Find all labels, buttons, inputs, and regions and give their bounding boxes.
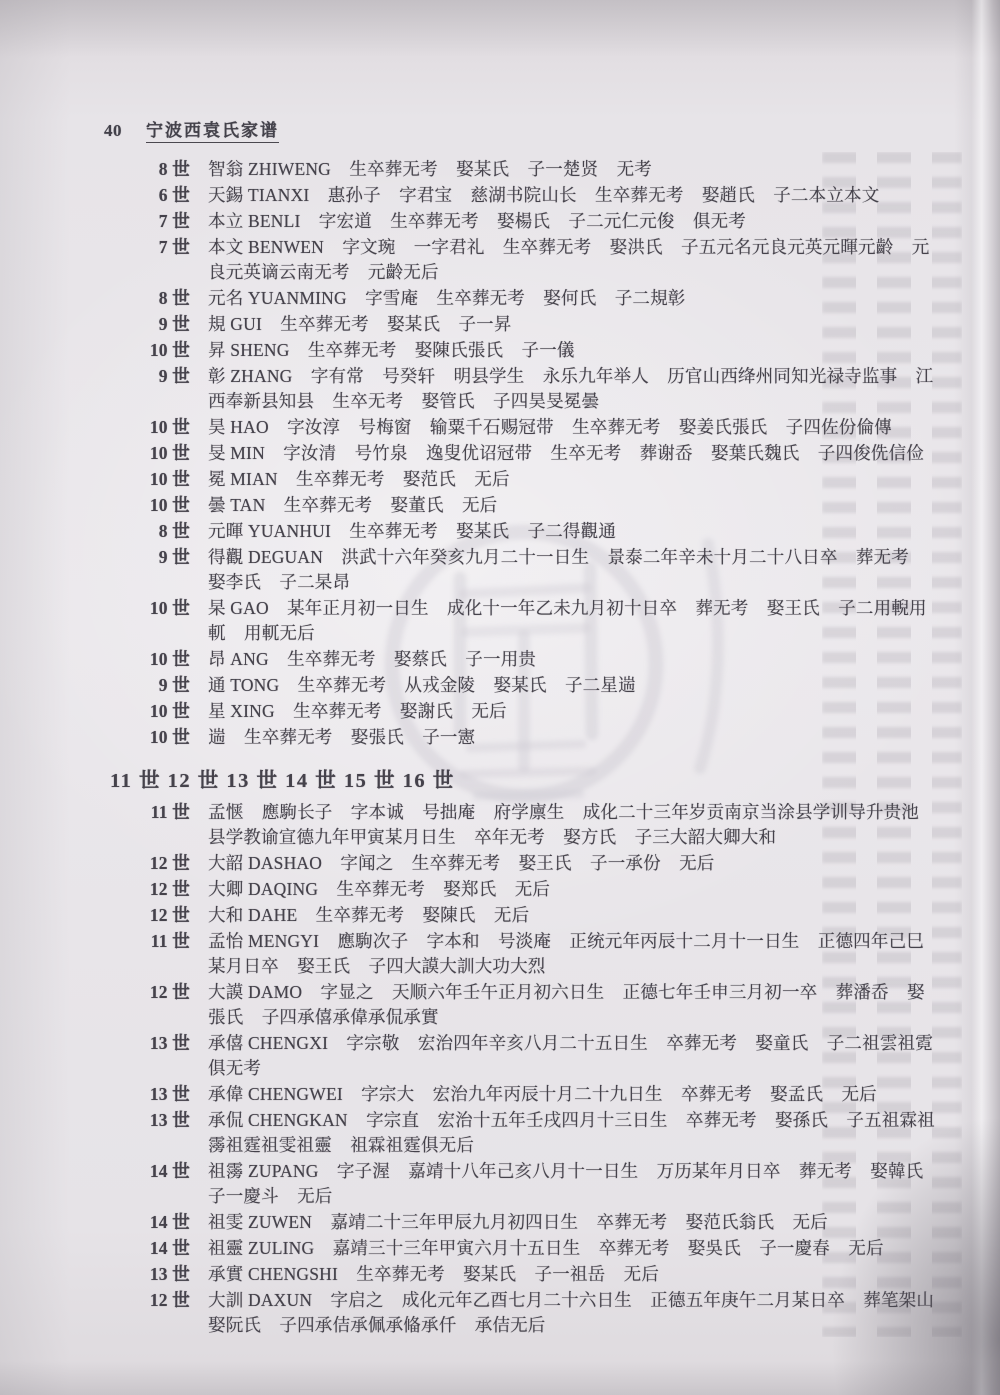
entry-text-line: 天錫 TIANXI 惠孙子 字君宝 慈湖书院山长 生卒葬无考 娶趙氏 子二本立本…	[208, 183, 963, 208]
generation-label: 8 世	[128, 286, 208, 311]
generation-label: 6 世	[128, 183, 208, 208]
generation-label: 11 世	[128, 800, 208, 850]
genealogy-entry: 11 世孟惬 應駒长子 字本诚 号拙庵 府学廪生 成化二十三年岁贡南京当涂县学训…	[128, 800, 963, 850]
entry-text-line: 彰 ZHANG 字有常 号癸轩 明县学生 永乐九年举人 历官山西绛州同知光禄寺监…	[208, 364, 963, 389]
generation-label: 10 世	[128, 725, 208, 750]
generation-label: 10 世	[128, 647, 208, 672]
entry-text-line: 旻 MIN 字汝清 号竹泉 逸叟优诏冠带 生卒无考 葬谢岙 娶葉氏魏氏 子四俊侁…	[208, 441, 963, 466]
entry-text: 星 XING 生卒葬无考 娶謝氏 无后	[208, 699, 963, 724]
entry-text: 祖霶 ZUPANG 字子渥 嘉靖十八年己亥八月十一日生 万历某年月日卒 葬无考 …	[208, 1159, 963, 1209]
generation-label: 10 世	[128, 699, 208, 724]
generation-label: 12 世	[128, 980, 208, 1030]
entry-text: 祖靈 ZULING 嘉靖三十三年甲寅六月十五日生 卒葬无考 娶吳氏 子一慶春 无…	[208, 1236, 963, 1261]
genealogy-entry: 10 世星 XING 生卒葬无考 娶謝氏 无后	[128, 699, 963, 724]
genealogy-entry: 7 世本立 BENLI 字宏道 生卒葬无考 娶楊氏 子二元仁元俊 俱无考	[128, 209, 963, 234]
genealogy-entry: 10 世遄 生卒葬无考 娶張氏 子一憲	[128, 725, 963, 750]
generation-label: 9 世	[128, 312, 208, 337]
entry-text-line: 大訓 DAXUN 字启之 成化元年乙酉七月二十六日生 正德五年庚午二月某日卒 葬…	[208, 1288, 963, 1313]
entry-text-line: 承實 CHENGSHI 生卒葬无考 娶某氏 子一祖岳 无后	[208, 1262, 963, 1287]
entry-text-line: 西奉新县知县 生卒无考 娶管氏 子四昊旻冕曇	[208, 389, 963, 414]
entry-text: 遄 生卒葬无考 娶張氏 子一憲	[208, 725, 963, 750]
entry-text-line: 大和 DAHE 生卒葬无考 娶陳氏 无后	[208, 903, 963, 928]
entry-text-line: 智翁 ZHIWENG 生卒葬无考 娶某氏 子一楚贤 无考	[208, 157, 963, 182]
genealogy-entry: 12 世大韶 DASHAO 字闻之 生卒葬无考 娶王氏 子一承份 无后	[128, 851, 963, 876]
genealogy-entry: 12 世大謨 DAMO 字显之 天顺六年壬午正月初六日生 正德七年壬申三月初一卒…	[128, 980, 963, 1030]
entry-text: 智翁 ZHIWENG 生卒葬无考 娶某氏 子一楚贤 无考	[208, 157, 963, 182]
entry-text-line: 元名 YUANMING 字雪庵 生卒葬无考 娶何氏 子二規彰	[208, 286, 963, 311]
entry-text-line: 大韶 DASHAO 字闻之 生卒葬无考 娶王氏 子一承份 无后	[208, 851, 963, 876]
generation-label: 10 世	[128, 415, 208, 440]
entry-text: 通 TONG 生卒葬无考 从戎金陵 娶某氏 子二星遄	[208, 673, 963, 698]
entry-text: 昂 ANG 生卒葬无考 娶蔡氏 子一用贵	[208, 647, 963, 672]
generation-label: 8 世	[128, 519, 208, 544]
entry-text-line: 軏 用軏无后	[208, 621, 963, 646]
entry-text-line: 杲 GAO 某年正月初一日生 成化十一年乙未九月初十日卒 葬无考 娶王氏 子二用…	[208, 596, 963, 621]
generation-label: 12 世	[128, 903, 208, 928]
page-number: 40	[104, 121, 122, 140]
entry-text: 元名 YUANMING 字雪庵 生卒葬无考 娶何氏 子二規彰	[208, 286, 963, 311]
entry-text: 大卿 DAQING 生卒葬无考 娶郑氏 无后	[208, 877, 963, 902]
genealogy-entry: 13 世承實 CHENGSHI 生卒葬无考 娶某氏 子一祖岳 无后	[128, 1262, 963, 1287]
entry-text-line: 县学教谕宣德九年甲寅某月日生 卒年无考 娶方氏 子三大韶大卿大和	[208, 825, 963, 850]
generation-label: 7 世	[128, 209, 208, 234]
entry-text-line: 元暉 YUANHUI 生卒葬无考 娶某氏 子二得觀通	[208, 519, 963, 544]
genealogy-entry: 11 世孟怡 MENGYI 應駒次子 字本和 号淡庵 正统元年丙辰十二月十一日生…	[128, 929, 963, 979]
genealogy-entry: 6 世天錫 TIANXI 惠孙子 字君宝 慈湖书院山长 生卒葬无考 娶趙氏 子二…	[128, 183, 963, 208]
generation-label: 11 世	[128, 929, 208, 979]
generation-label: 14 世	[128, 1236, 208, 1261]
entry-text-line: 張氏 子四承僖承偉承侃承實	[208, 1005, 963, 1030]
entry-text: 承僖 CHENGXI 字宗敬 宏治四年辛亥八月二十五日生 卒葬无考 娶童氏 子二…	[208, 1031, 963, 1081]
generation-label: 10 世	[128, 493, 208, 518]
entry-text-line: 規 GUI 生卒葬无考 娶某氏 子一昇	[208, 312, 963, 337]
entry-text: 祖雯 ZUWEN 嘉靖二十三年甲辰九月初四日生 卒葬无考 娶范氏翁氏 无后	[208, 1210, 963, 1235]
entry-text-line: 星 XING 生卒葬无考 娶謝氏 无后	[208, 699, 963, 724]
generation-label: 9 世	[128, 364, 208, 414]
entry-text-line: 曇 TAN 生卒葬无考 娶董氏 无后	[208, 493, 963, 518]
generation-label: 13 世	[128, 1031, 208, 1081]
entry-text-line: 孟惬 應駒长子 字本诚 号拙庵 府学廪生 成化二十三年岁贡南京当涂县学训导升贵池	[208, 800, 963, 825]
entry-text-line: 昊 HAO 字汝淳 号梅窗 输粟千石赐冠带 生卒葬无考 娶姜氏張氏 子四佐份倫傳	[208, 415, 963, 440]
genealogy-entry: 13 世承侃 CHENGKAN 字宗直 宏治十五年壬戌四月十三日生 卒葬无考 娶…	[128, 1108, 963, 1158]
generation-label: 12 世	[128, 877, 208, 902]
genealogy-entry: 10 世杲 GAO 某年正月初一日生 成化十一年乙未九月初十日卒 葬无考 娶王氏…	[128, 596, 963, 646]
entry-text: 昊 HAO 字汝淳 号梅窗 输粟千石赐冠带 生卒葬无考 娶姜氏張氏 子四佐份倫傳	[208, 415, 963, 440]
entry-text: 大謨 DAMO 字显之 天顺六年壬午正月初六日生 正德七年壬申三月初一卒 葬潘岙…	[208, 980, 963, 1030]
entry-text-line: 霶祖霆祖雯祖靈 祖霖祖霆俱无后	[208, 1133, 963, 1158]
entry-text: 承偉 CHENGWEI 字宗大 宏治九年丙辰十月二十九日生 卒葬无考 娶孟氏 无…	[208, 1082, 963, 1107]
generation-label: 14 世	[128, 1159, 208, 1209]
genealogy-entry: 10 世昂 ANG 生卒葬无考 娶蔡氏 子一用贵	[128, 647, 963, 672]
genealogy-entry: 10 世昊 HAO 字汝淳 号梅窗 输粟千石赐冠带 生卒葬无考 娶姜氏張氏 子四…	[128, 415, 963, 440]
entry-text: 曇 TAN 生卒葬无考 娶董氏 无后	[208, 493, 963, 518]
genealogy-entry: 8 世智翁 ZHIWENG 生卒葬无考 娶某氏 子一楚贤 无考	[128, 157, 963, 182]
generation-label: 12 世	[128, 851, 208, 876]
genealogy-entry: 10 世冕 MIAN 生卒葬无考 娶范氏 无后	[128, 467, 963, 492]
entry-text-line: 承僖 CHENGXI 字宗敬 宏治四年辛亥八月二十五日生 卒葬无考 娶童氏 子二…	[208, 1031, 963, 1056]
photo-bottom-shadow	[0, 1361, 1000, 1395]
genealogy-entry: 12 世大卿 DAQING 生卒葬无考 娶郑氏 无后	[128, 877, 963, 902]
generation-label: 9 世	[128, 545, 208, 595]
genealogy-entry: 8 世元暉 YUANHUI 生卒葬无考 娶某氏 子二得觀通	[128, 519, 963, 544]
generation-label: 7 世	[128, 235, 208, 285]
generation-label: 13 世	[128, 1108, 208, 1158]
generation-label: 10 世	[128, 338, 208, 363]
genealogy-entry: 10 世旻 MIN 字汝清 号竹泉 逸叟优诏冠带 生卒无考 葬谢岙 娶葉氏魏氏 …	[128, 441, 963, 466]
entry-text: 本文 BENWEN 字文琬 一字君礼 生卒葬无考 娶洪氏 子五元名元良元英元暉元…	[208, 235, 963, 285]
entry-text-line: 本文 BENWEN 字文琬 一字君礼 生卒葬无考 娶洪氏 子五元名元良元英元暉元…	[208, 235, 963, 260]
entry-text: 本立 BENLI 字宏道 生卒葬无考 娶楊氏 子二元仁元俊 俱无考	[208, 209, 963, 234]
genealogy-entry: 9 世通 TONG 生卒葬无考 从戎金陵 娶某氏 子二星遄	[128, 673, 963, 698]
genealogy-entry: 9 世得觀 DEGUAN 洪武十六年癸亥九月二十一日生 景泰二年辛未十月二十八日…	[128, 545, 963, 595]
entry-text: 天錫 TIANXI 惠孙子 字君宝 慈湖书院山长 生卒葬无考 娶趙氏 子二本立本…	[208, 183, 963, 208]
genealogy-entry: 10 世昇 SHENG 生卒葬无考 娶陳氏張氏 子一儀	[128, 338, 963, 363]
entry-text: 旻 MIN 字汝清 号竹泉 逸叟优诏冠带 生卒无考 葬谢岙 娶葉氏魏氏 子四俊侁…	[208, 441, 963, 466]
entry-text: 得觀 DEGUAN 洪武十六年癸亥九月二十一日生 景泰二年辛未十月二十八日卒 葬…	[208, 545, 963, 595]
entry-text-line: 良元英谪云南无考 元齡无后	[208, 260, 963, 285]
photo-left-shadow	[0, 0, 70, 1395]
entry-text-line: 通 TONG 生卒葬无考 从戎金陵 娶某氏 子二星遄	[208, 673, 963, 698]
generation-label: 13 世	[128, 1082, 208, 1107]
entry-text-line: 冕 MIAN 生卒葬无考 娶范氏 无后	[208, 467, 963, 492]
generation-label: 9 世	[128, 673, 208, 698]
entry-text-line: 祖靈 ZULING 嘉靖三十三年甲寅六月十五日生 卒葬无考 娶吳氏 子一慶春 无…	[208, 1236, 963, 1261]
entry-text: 大韶 DASHAO 字闻之 生卒葬无考 娶王氏 子一承份 无后	[208, 851, 963, 876]
entry-text: 杲 GAO 某年正月初一日生 成化十一年乙未九月初十日卒 葬无考 娶王氏 子二用…	[208, 596, 963, 646]
entry-text-line: 遄 生卒葬无考 娶張氏 子一憲	[208, 725, 963, 750]
genealogy-entry: 8 世元名 YUANMING 字雪庵 生卒葬无考 娶何氏 子二規彰	[128, 286, 963, 311]
generation-label: 10 世	[128, 596, 208, 646]
genealogy-entry: 13 世承僖 CHENGXI 字宗敬 宏治四年辛亥八月二十五日生 卒葬无考 娶童…	[128, 1031, 963, 1081]
genealogy-entry: 14 世祖靈 ZULING 嘉靖三十三年甲寅六月十五日生 卒葬无考 娶吳氏 子一…	[128, 1236, 963, 1261]
entry-text-line: 大卿 DAQING 生卒葬无考 娶郑氏 无后	[208, 877, 963, 902]
genealogy-entry: 14 世祖霶 ZUPANG 字子渥 嘉靖十八年己亥八月十一日生 万历某年月日卒 …	[128, 1159, 963, 1209]
genealogy-entry: 9 世規 GUI 生卒葬无考 娶某氏 子一昇	[128, 312, 963, 337]
entry-text-line: 承侃 CHENGKAN 字宗直 宏治十五年壬戌四月十三日生 卒葬无考 娶孫氏 子…	[208, 1108, 963, 1133]
entry-text: 大訓 DAXUN 字启之 成化元年乙酉七月二十六日生 正德五年庚午二月某日卒 葬…	[208, 1288, 963, 1338]
entry-text-line: 昂 ANG 生卒葬无考 娶蔡氏 子一用贵	[208, 647, 963, 672]
entry-text: 彰 ZHANG 字有常 号癸轩 明县学生 永乐九年举人 历官山西绛州同知光禄寺监…	[208, 364, 963, 414]
genealogy-entry: 7 世本文 BENWEN 字文琬 一字君礼 生卒葬无考 娶洪氏 子五元名元良元英…	[128, 235, 963, 285]
entry-text: 大和 DAHE 生卒葬无考 娶陳氏 无后	[208, 903, 963, 928]
entry-text: 承實 CHENGSHI 生卒葬无考 娶某氏 子一祖岳 无后	[208, 1262, 963, 1287]
entry-text: 規 GUI 生卒葬无考 娶某氏 子一昇	[208, 312, 963, 337]
entry-text: 元暉 YUANHUI 生卒葬无考 娶某氏 子二得觀通	[208, 519, 963, 544]
genealogy-entry: 12 世大和 DAHE 生卒葬无考 娶陳氏 无后	[128, 903, 963, 928]
entry-text: 孟怡 MENGYI 應駒次子 字本和 号淡庵 正统元年丙辰十二月十一日生 正德四…	[208, 929, 963, 979]
generation-label: 8 世	[128, 157, 208, 182]
entry-text-line: 得觀 DEGUAN 洪武十六年癸亥九月二十一日生 景泰二年辛未十月二十八日卒 葬…	[208, 545, 963, 570]
entry-text: 承侃 CHENGKAN 字宗直 宏治十五年壬戌四月十三日生 卒葬无考 娶孫氏 子…	[208, 1108, 963, 1158]
entry-text-line: 娶李氏 子二杲昂	[208, 570, 963, 595]
genealogy-entry: 10 世曇 TAN 生卒葬无考 娶董氏 无后	[128, 493, 963, 518]
entry-text-line: 俱无考	[208, 1056, 963, 1081]
entry-text-line: 本立 BENLI 字宏道 生卒葬无考 娶楊氏 子二元仁元俊 俱无考	[208, 209, 963, 234]
generation-label: 10 世	[128, 441, 208, 466]
photo-top-shadow	[0, 0, 1000, 58]
generation-label: 10 世	[128, 467, 208, 492]
entry-text-line: 大謨 DAMO 字显之 天顺六年壬午正月初六日生 正德七年壬申三月初一卒 葬潘岙…	[208, 980, 963, 1005]
generation-label: 13 世	[128, 1262, 208, 1287]
entry-text-line: 昇 SHENG 生卒葬无考 娶陳氏張氏 子一儀	[208, 338, 963, 363]
entry-text-line: 某月日卒 娶王氏 子四大謨大訓大功大烈	[208, 954, 963, 979]
page-header: 40宁波西袁氏家谱	[104, 116, 279, 141]
entry-text: 昇 SHENG 生卒葬无考 娶陳氏張氏 子一儀	[208, 338, 963, 363]
entry-text-line: 子一慶斗 无后	[208, 1184, 963, 1209]
entry-text-line: 祖霶 ZUPANG 字子渥 嘉靖十八年己亥八月十一日生 万历某年月日卒 葬无考 …	[208, 1159, 963, 1184]
entry-text: 冕 MIAN 生卒葬无考 娶范氏 无后	[208, 467, 963, 492]
generation-label: 12 世	[128, 1288, 208, 1338]
entry-text-line: 祖雯 ZUWEN 嘉靖二十三年甲辰九月初四日生 卒葬无考 娶范氏翁氏 无后	[208, 1210, 963, 1235]
genealogy-entries: 8 世智翁 ZHIWENG 生卒葬无考 娶某氏 子一楚贤 无考6 世天錫 TIA…	[128, 157, 963, 1339]
entry-text: 孟惬 應駒长子 字本诚 号拙庵 府学廪生 成化二十三年岁贡南京当涂县学训导升贵池…	[208, 800, 963, 850]
generation-label: 14 世	[128, 1210, 208, 1235]
genealogy-entry: 14 世祖雯 ZUWEN 嘉靖二十三年甲辰九月初四日生 卒葬无考 娶范氏翁氏 无…	[128, 1210, 963, 1235]
genealogy-entry: 12 世大訓 DAXUN 字启之 成化元年乙酉七月二十六日生 正德五年庚午二月某…	[128, 1288, 963, 1338]
genealogy-entry: 9 世彰 ZHANG 字有常 号癸轩 明县学生 永乐九年举人 历官山西绛州同知光…	[128, 364, 963, 414]
entry-text-line: 娶阮氏 子四承佶承佩承偹承仟 承佶无后	[208, 1313, 963, 1338]
entry-text-line: 承偉 CHENGWEI 字宗大 宏治九年丙辰十月二十九日生 卒葬无考 娶孟氏 无…	[208, 1082, 963, 1107]
generation-range-heading: 11 世 12 世 13 世 14 世 15 世 16 世	[110, 769, 963, 794]
book-title: 宁波西袁氏家谱	[146, 121, 279, 143]
genealogy-entry: 13 世承偉 CHENGWEI 字宗大 宏治九年丙辰十月二十九日生 卒葬无考 娶…	[128, 1082, 963, 1107]
entry-text-line: 孟怡 MENGYI 應駒次子 字本和 号淡庵 正统元年丙辰十二月十一日生 正德四…	[208, 929, 963, 954]
